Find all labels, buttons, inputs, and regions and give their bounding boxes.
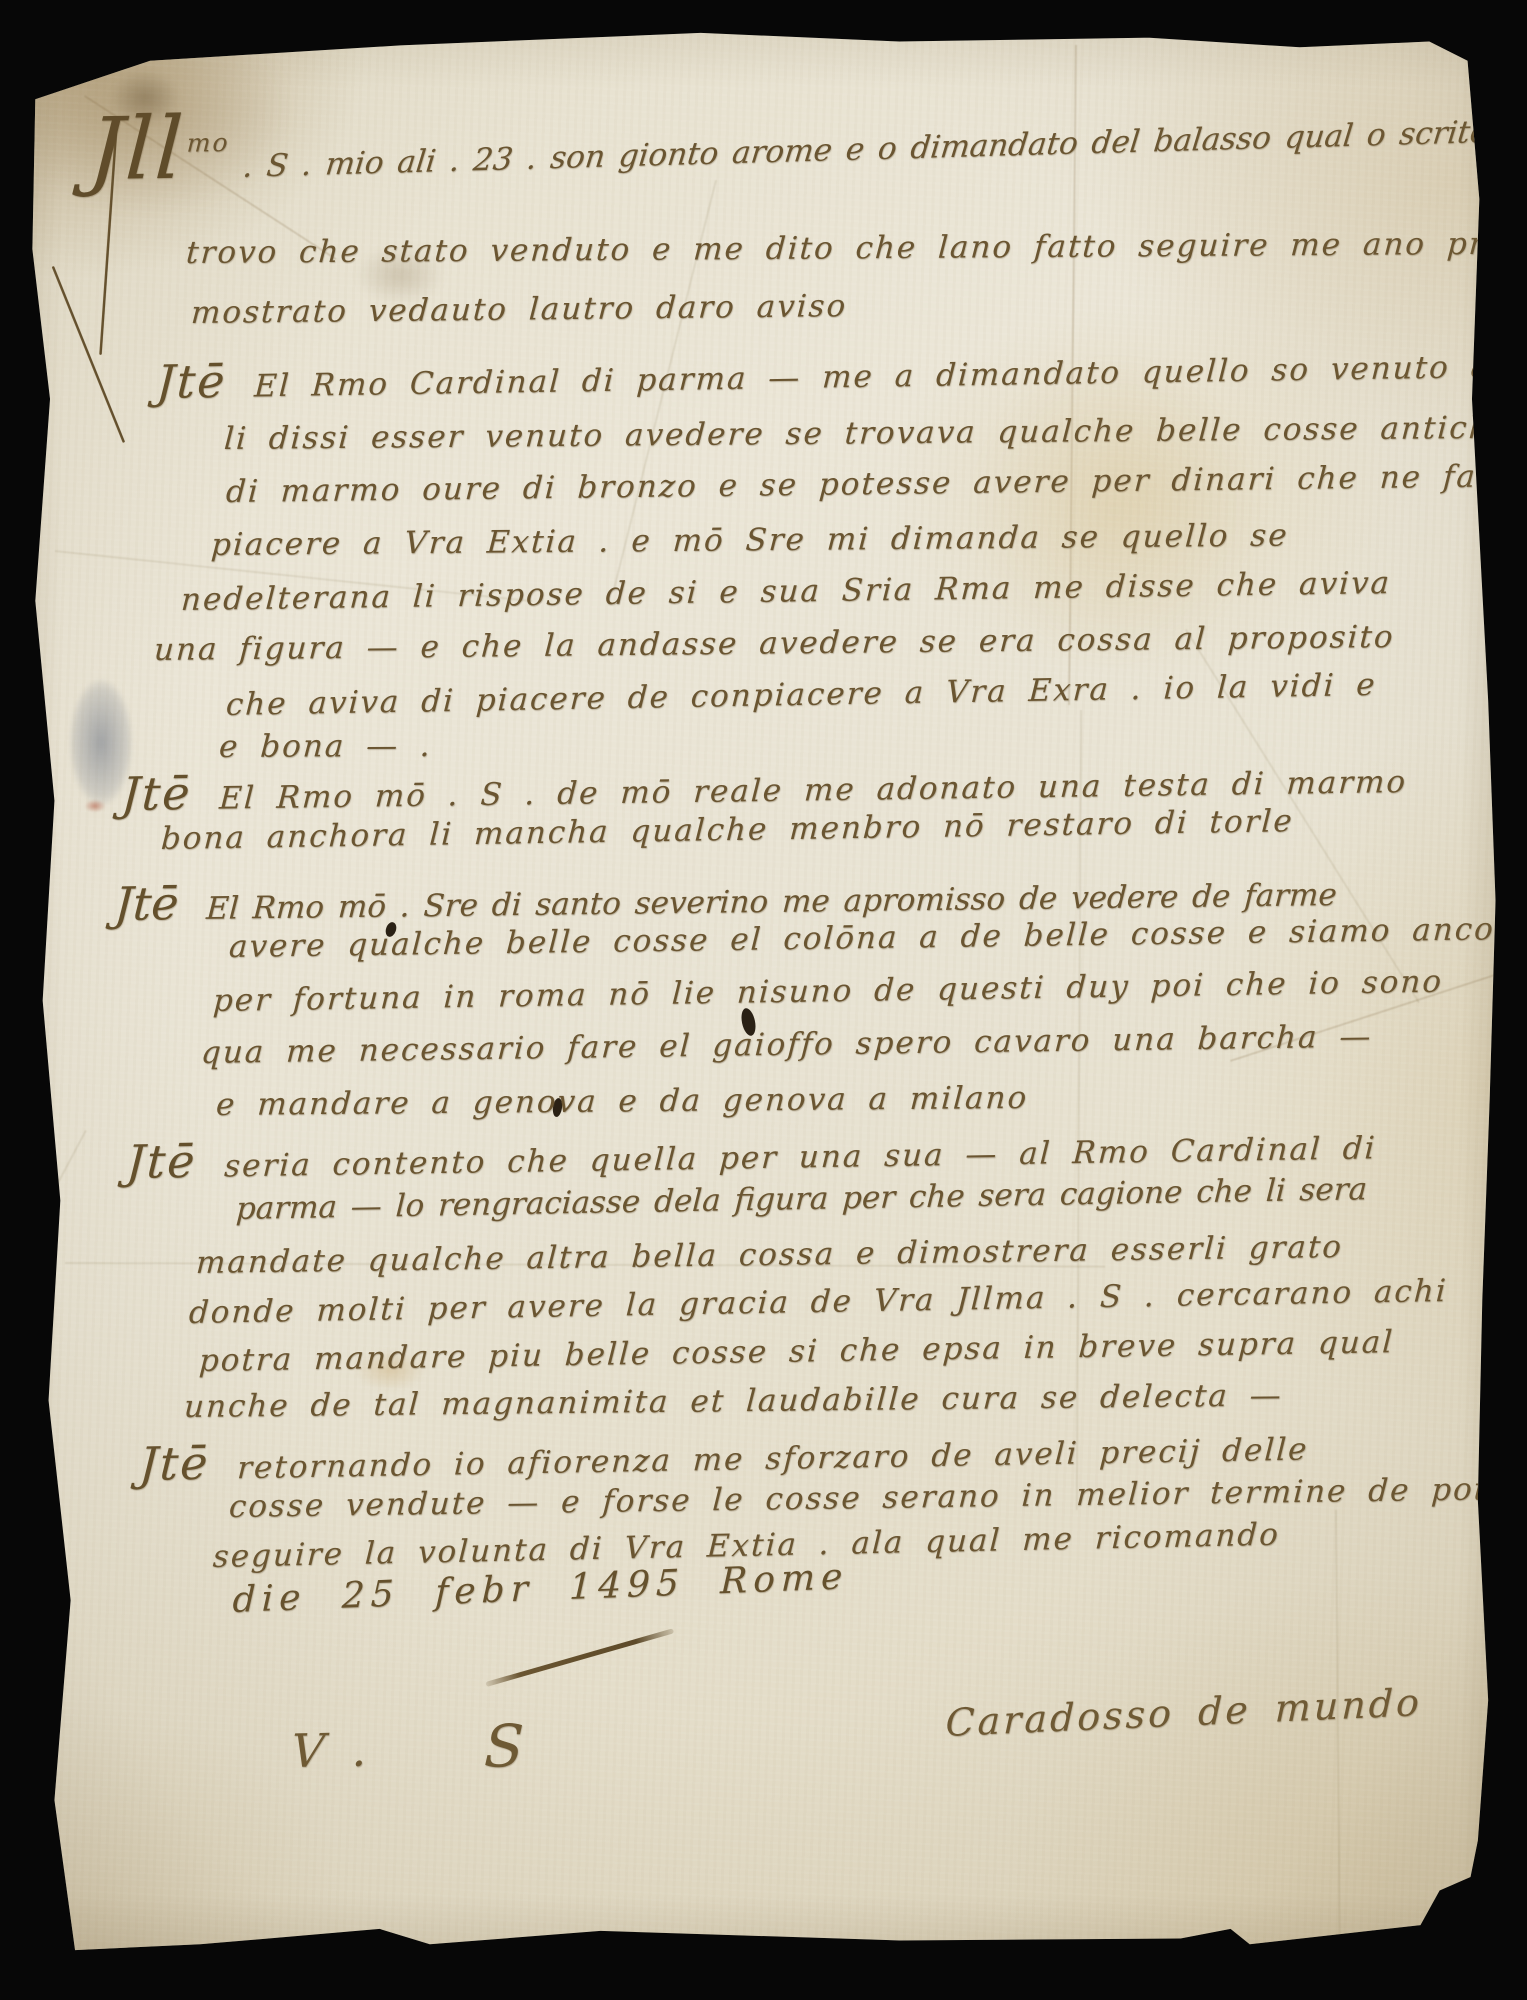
opening-initial: Jll (87, 117, 186, 183)
pen-flourish (485, 1628, 674, 1687)
manuscript-line: qua me necessario fare el gaioffo spero … (200, 1020, 1373, 1072)
valediction-initial-v: V . (290, 1724, 370, 1778)
pen-flourish (51, 266, 125, 443)
opening-superscript: mo (186, 129, 230, 158)
manuscript-line: piacere a Vra Extia . e mō Sre mi dimand… (210, 519, 1290, 564)
manuscript-line: li dissi esser venuto avedere se trovava… (223, 411, 1512, 458)
manuscript-line: e mandare a genova e da genova a milano (215, 1081, 1029, 1124)
manuscript-line: donde molti per avere la gracia de Vra J… (188, 1274, 1449, 1332)
manuscript-line: per fortuna in roma nō lie nisuno de que… (212, 965, 1444, 1020)
manuscript-line: una figura — e che la andasse avedere se… (153, 620, 1396, 669)
manuscript-page: Jllmo. S . mio ali . 23 . son gionto aro… (25, 30, 1497, 1952)
manuscript-line: nedelterana li rispose de si e sua Sria … (180, 566, 1392, 619)
manuscript-line: di marmo oure di bronzo e se potesse ave… (225, 459, 1527, 511)
stain (85, 800, 105, 812)
photograph-of-letter: { "colors": { "background": "#070707", "… (0, 0, 1527, 2000)
valediction-initial-s: S (483, 1712, 527, 1780)
line-text: El Rmo Cardinal di parma — me a dimandat… (253, 349, 1527, 405)
item-mark: Jtē (155, 355, 228, 409)
item-mark: Jtē (120, 767, 193, 821)
manuscript-line: che aviva di piacere de conpiacere a Vra… (225, 668, 1377, 724)
manuscript-line: e bona — . (218, 729, 433, 766)
salutation-text: . S . mio ali . 23 . son gionto arome e … (241, 115, 1491, 186)
item-mark: Jtē (125, 1135, 198, 1189)
manuscript-line: Jtē El Rmo Cardinal di parma — me a dima… (155, 334, 1527, 409)
stain (975, 360, 1255, 660)
manuscript-line: unche de tal magnanimita et laudabille c… (183, 1378, 1284, 1425)
signature: Caradosso de mundo (945, 1681, 1422, 1746)
manuscript-line: mandate qualche altra bella cossa e dimo… (195, 1230, 1344, 1282)
item-mark: Jtē (113, 877, 180, 931)
manuscript-line: mostrato vedauto lautro daro aviso (190, 289, 848, 332)
manuscript-line: Jllmo. S . mio ali . 23 . son gionto aro… (87, 98, 1490, 187)
manuscript-line: trovo che stato venduto e me dito che la… (185, 226, 1527, 271)
item-mark: Jtē (138, 1437, 211, 1491)
manuscript-line: potra mandare piu belle cosse si che eps… (198, 1325, 1395, 1379)
